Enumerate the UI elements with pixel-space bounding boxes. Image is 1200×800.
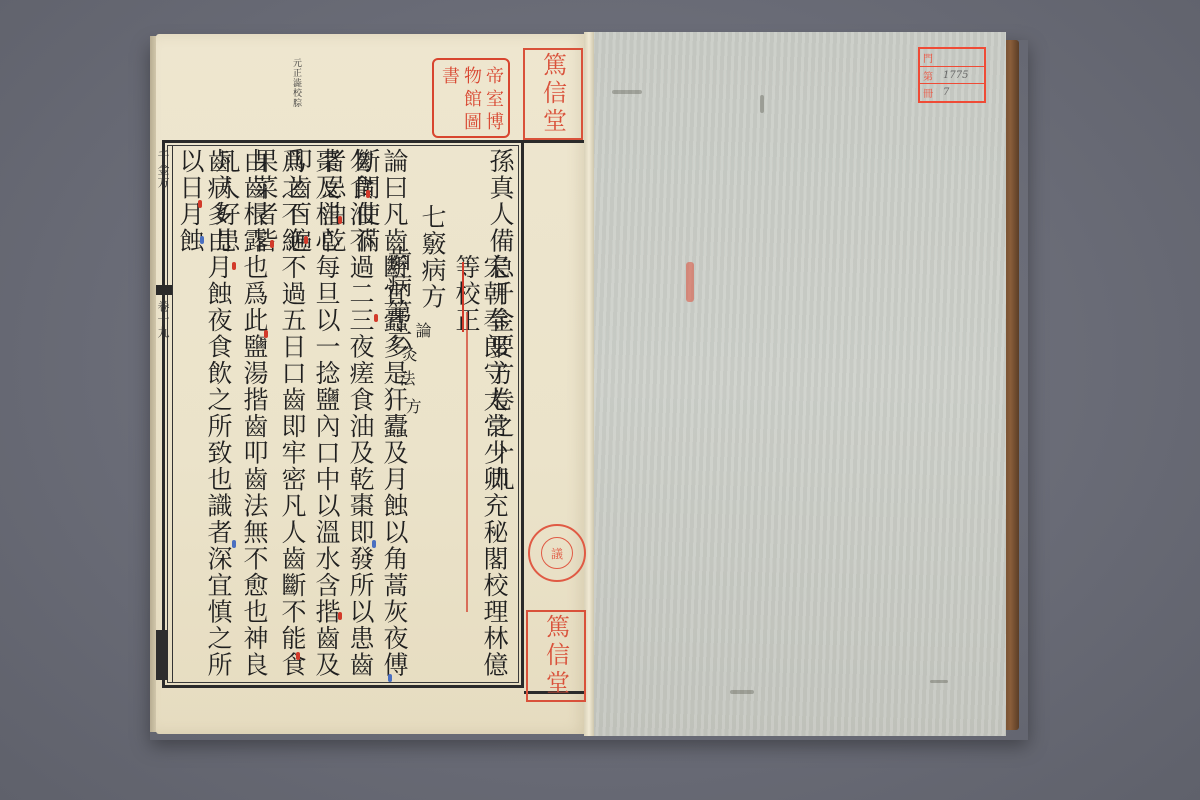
catalog-label: 第 bbox=[923, 68, 933, 83]
red-punctuation-mark bbox=[232, 262, 236, 270]
editor-credit: 宋朝奉郎守太常少卿充秘閣校理林億等校正 bbox=[452, 254, 508, 684]
catalog-label: 冊 bbox=[923, 85, 933, 100]
red-punctuation-mark bbox=[270, 240, 274, 248]
stain bbox=[730, 690, 754, 694]
red-emphasis-line bbox=[462, 262, 464, 332]
round-seal: 議 bbox=[528, 524, 586, 582]
marginal-note: 元正澁校腙 bbox=[290, 58, 303, 108]
stain bbox=[612, 90, 642, 94]
block-heart bbox=[156, 146, 173, 682]
seal-char: 館 bbox=[460, 87, 482, 110]
section-heading: 七竅病方 bbox=[418, 204, 446, 324]
hall-seal-top: 篤信堂 bbox=[523, 48, 583, 140]
seal-char: 書 bbox=[438, 64, 460, 87]
seal-char: 博 bbox=[482, 109, 504, 132]
catalog-row: 第 1775 bbox=[920, 67, 984, 85]
red-punctuation-mark bbox=[374, 314, 378, 322]
body-column-6: 齒病多由月蝕夜食飲之所致也識者深宜慎之所以日月蝕 bbox=[176, 148, 232, 688]
red-punctuation-mark bbox=[366, 190, 370, 198]
stain bbox=[930, 680, 948, 683]
red-punctuation-mark bbox=[338, 612, 342, 620]
catalog-label: 門 bbox=[923, 50, 933, 65]
catalog-value: 1775 bbox=[943, 70, 968, 81]
round-seal-center: 議 bbox=[541, 537, 573, 569]
block-heart-title: 千金方 bbox=[158, 150, 172, 189]
seal-char: 圖 bbox=[460, 109, 482, 132]
seal-char: 室 bbox=[482, 87, 504, 110]
block-heart-volume: 卷十九 bbox=[158, 300, 172, 339]
red-emphasis-line bbox=[466, 312, 468, 612]
library-collection-seal: 帝 室 博 物 館 圖 書 bbox=[432, 58, 510, 138]
chapter-tag-lun: 論 bbox=[408, 322, 436, 340]
catalog-row: 冊 7 bbox=[920, 84, 984, 101]
red-punctuation-mark bbox=[338, 216, 342, 224]
blue-punctuation-mark bbox=[388, 674, 392, 682]
red-punctuation-mark bbox=[304, 236, 308, 244]
seal-char: 帝 bbox=[482, 64, 504, 87]
catalog-number-seal: 門 第 1775 冊 7 bbox=[918, 47, 986, 103]
fish-tail-mark-bottom bbox=[156, 630, 168, 680]
fish-tail-mark bbox=[156, 285, 172, 295]
red-punctuation-mark bbox=[198, 200, 202, 208]
red-punctuation-mark bbox=[264, 330, 268, 338]
seal-char: 物 bbox=[460, 64, 482, 87]
stain bbox=[760, 95, 764, 113]
blue-punctuation-mark bbox=[200, 236, 204, 244]
hall-seal-bottom: 篤信堂 bbox=[526, 610, 586, 702]
red-ink-smudge bbox=[686, 262, 694, 302]
blue-punctuation-mark bbox=[372, 540, 376, 548]
red-punctuation-mark bbox=[296, 652, 300, 660]
blue-punctuation-mark bbox=[232, 540, 236, 548]
catalog-row: 門 bbox=[920, 49, 984, 67]
catalog-value: 7 bbox=[943, 87, 949, 98]
right-page-blank bbox=[590, 32, 1006, 736]
